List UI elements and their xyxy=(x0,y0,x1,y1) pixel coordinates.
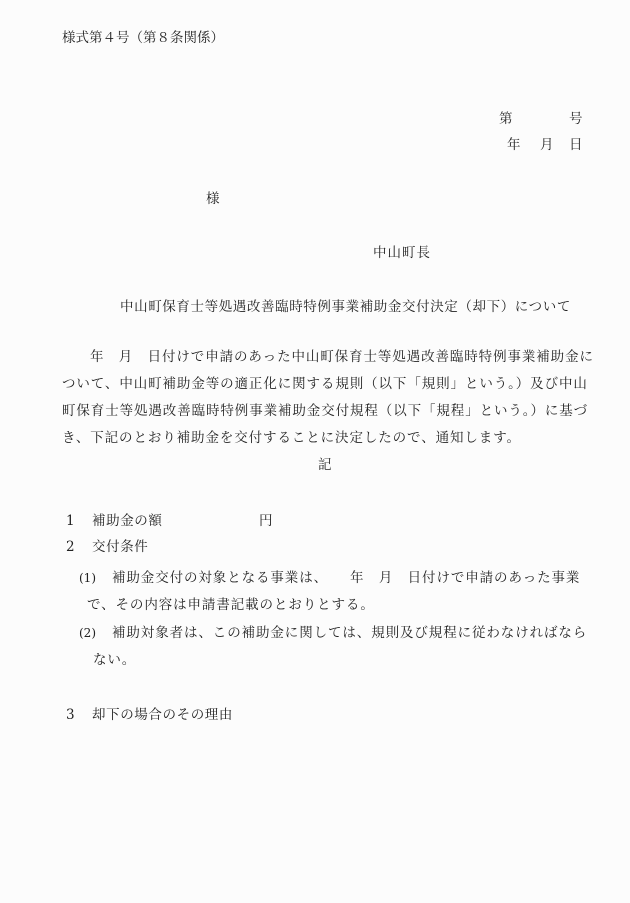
sender: 中山町長 xyxy=(373,247,431,261)
item-number: 1 xyxy=(66,515,75,529)
amount-unit: 円 xyxy=(259,515,273,529)
condition-text: 補助対象者は、この補助金に関しては、規則及び規程に従わなければなら xyxy=(112,627,587,641)
condition-text-continued: で、その内容は申請書記載のとおりとする。 xyxy=(87,599,375,613)
item-label: 却下の場合のその理由 xyxy=(92,709,233,723)
condition-number: (1) xyxy=(79,572,96,584)
condition-text: 補助金交付の対象となる事業は、 年 月 日付けで申請のあった事業 xyxy=(112,572,580,586)
form-label: 様式第４号（第８条関係） xyxy=(62,32,224,46)
date-month: 月 xyxy=(540,139,554,153)
body-line: 年 月 日付けで申請のあった中山町保育士等処遇改善臨時特例事業補助金に xyxy=(90,351,594,365)
body-line: 町保育士等処遇改善臨時特例事業補助金交付規程（以下「規程」という。）に基づ xyxy=(62,405,588,419)
item-label: 交付条件 xyxy=(92,541,148,555)
date-day: 日 xyxy=(569,139,583,153)
condition-text-continued: ない。 xyxy=(93,654,136,668)
item-label: 補助金の額 xyxy=(92,515,163,529)
body-line: き、下記のとおり補助金を交付することに決定したので、通知します。 xyxy=(62,432,521,446)
ki-heading: 記 xyxy=(318,459,332,473)
item-number: 2 xyxy=(66,541,75,555)
item-number: 3 xyxy=(66,709,75,723)
condition-number: (2) xyxy=(79,627,96,639)
date-year: 年 xyxy=(507,139,521,153)
document-number-suffix: 号 xyxy=(569,113,583,127)
document-number-prefix: 第 xyxy=(499,113,513,127)
document-title: 中山町保育士等処遇改善臨時特例事業補助金交付決定（却下）について xyxy=(120,301,571,315)
body-line: ついて、中山町補助金等の適正化に関する規則（以下「規則」という。）及び中山 xyxy=(62,378,588,392)
addressee-suffix: 様 xyxy=(206,193,220,207)
